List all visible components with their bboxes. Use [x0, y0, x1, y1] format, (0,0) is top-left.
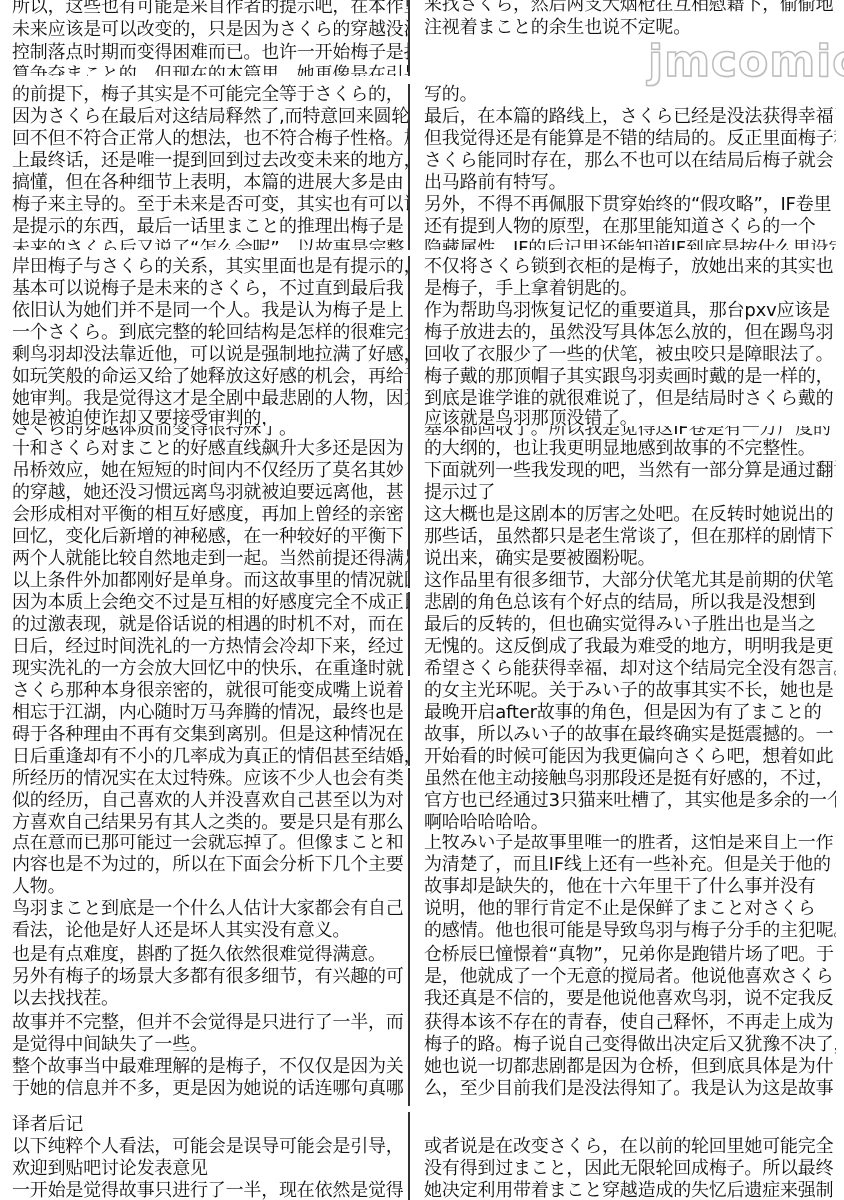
text-line: 么，至少目前我们是没法得知了。我是认为这是故事 — [424, 1078, 833, 1100]
text-line: 梅子的路。梅子说自己变得做出决定后又犹豫不决了， — [424, 1034, 836, 1056]
text-line: 另外，不得不再佩服下贯穿始终的“假攻略”，IF卷里 — [424, 194, 831, 216]
text-line: さくら能同时存在，那么不也可以在结局后梅子就会 — [424, 150, 833, 170]
text-line: 如玩笑般的命运又给了她释放这好感的机会，再给予 — [12, 366, 408, 388]
text-line: 上最终话，还是唯一提到回到过去改变未来的地方， — [12, 150, 408, 170]
text-line: 搞懂，但在各种细节上表明，本篇的进展大多是由 — [12, 172, 404, 194]
text-line: 的过激表现，就是俗话说的相遇的时机不对，而在 — [12, 614, 404, 636]
column-divider — [408, 0, 410, 76]
text-line: 现实洗礼的一方会放大回忆中的快乐，在重逢时就 — [12, 658, 404, 676]
text-line: 这大概也是这剧本的厉害之处吧。在反转时她说出的 — [424, 504, 833, 526]
text-line: 会形成相对平衡的相互好感度，再加上曾经的亲密 — [12, 504, 404, 526]
text-line: 写的。 — [424, 84, 477, 106]
text-line: 但我觉得还是有能算是不错的结局的。反正里面梅子和 — [424, 128, 836, 150]
left-column: 所以，这些也有可能是来自作者的提示吧，在本作里未来应该是可以改变的，只是因为さく… — [12, 0, 408, 76]
text-line: 她审判。我是觉得这才是全剧中最悲剧的人物，因为 — [12, 388, 408, 410]
text-line: 因为本质上会绝交不过是互相的好感度完全不成正比 — [12, 592, 408, 614]
text-line: 的大纲的，也让我更明显地感到故事的不完整性。 — [424, 438, 816, 460]
text-line: 也是有点难度，斟酌了挺久依然很难觉得满意。 — [12, 944, 386, 966]
text-strip: 也是有点难度，斟酌了挺久依然很难觉得满意。另外有梅子的场景大多都有很多细节，有兴… — [0, 944, 844, 1014]
text-strip: 因为本质上会绝交不过是互相的好感度完全不成正比的过激表现，就是俗话说的相遇的时机… — [0, 592, 844, 676]
text-line: 的感情。他也很可能是导致鸟羽与梅子分手的主犯呢。 — [424, 920, 836, 942]
column-divider — [408, 1112, 410, 1200]
text-line: 未来应该是可以改变的，只是因为さくら的穿越没法 — [12, 19, 408, 41]
text-line: 梅子戴的那顶帽子其实跟鸟羽卖画时戴的是一样的， — [424, 366, 833, 388]
right-column: 虽然在他主动接触鸟羽那段还是挺有好感的，不过，官方也已经通过3只猫来吐槽了，其实… — [424, 768, 836, 836]
text-line: 虽然在他主动接触鸟羽那段还是挺有好感的，不过， — [424, 768, 833, 790]
text-line: 仓桥辰巳憧憬着“真物”，兄弟你是跑错片场了吧。于 — [424, 944, 834, 966]
text-line: 剩鸟羽却没法靠近他，可以说是强制地拉满了好感， — [12, 344, 408, 366]
text-line: 这作品里有很多细节，大部分伏笔尤其是前期的伏笔 — [424, 570, 833, 588]
text-line: 那些话，虽然都只是老生常谈了，但在那样的剧情下 — [424, 526, 833, 548]
text-strip: 所经历的情况实在太过特殊。应该不少人也会有类似的经历，自己喜欢的人并没喜欢自己甚… — [0, 768, 844, 836]
left-column: 的前提下，梅子其实是不可能完全等于さくら的，因为さくら在最后对这结局释然了,而特… — [12, 84, 408, 170]
text-line: 的女主光环呢。关于みい子的故事其实不长，她也是 — [424, 680, 833, 702]
column-divider — [408, 84, 410, 170]
text-line: 一开始是觉得故事只进行了一半，现在依然是觉得 — [12, 1180, 404, 1200]
text-line: 作为帮助鸟羽恢复记忆的重要道具，那台pxv应该是 — [424, 300, 830, 322]
text-line: 出马路前有特写。 — [424, 172, 566, 194]
text-line: 于她的信息并不多，更是因为她说的话连哪句真哪 — [12, 1078, 404, 1100]
text-line: 说出来，确实是要被圈粉呢。 — [424, 548, 655, 570]
text-line: 无愧的。这反倒成了我最为难受的地方，明明我是更 — [424, 636, 833, 658]
text-line: 欢迎到贴吧讨论发表意见 — [12, 1158, 208, 1180]
text-line: 所经历的情况实在太过特殊。应该不少人也会有类 — [12, 768, 404, 790]
right-column: 的女主光环呢。关于みい子的故事其实不长，她也是最晚开启after故事的角色，但是… — [424, 680, 836, 766]
left-column: 也是有点难度，斟酌了挺久依然很难觉得满意。另外有梅子的场景大多都有很多细节，有兴… — [12, 944, 408, 1014]
text-line: 故事并不完整，但并不会觉得是只进行了一半，而 — [12, 1012, 404, 1034]
text-line: 回不但不符合正常人的想法，也不符合梅子性格。加 — [12, 128, 408, 150]
text-line: 日后，经过时间洗礼的一方热情会冷却下来，经过 — [12, 636, 404, 658]
left-column: 译者后记以下纯粹个人看法，可能会是误导可能会是引导，欢迎到贴吧讨论发表意见一开始… — [12, 1112, 408, 1200]
text-line: 未来的さくら后又说了“怎么会呢”，以故事是完整 — [12, 238, 404, 250]
text-line: 梅子放进去的，虽然没写具体怎么放的，但在踢鸟羽 — [424, 322, 833, 344]
right-column: 或者说是在改变さくら，在以前的轮回里她可能完全没有得到过まこと，因此无限轮回成梅… — [424, 1112, 836, 1200]
text-line: 两个人就能比较自然地走到一起。当然前提还得满足 — [12, 548, 408, 570]
text-line: 希望さくら能获得幸福，却对这个结局完全没有怨言。 — [424, 658, 836, 676]
text-line: 基本可以说梅子是未来的さくら，不过直到最后我 — [12, 278, 404, 300]
text-line: 来找さくら，然后两支大烟枪在互相慰藉下，偷偷地 — [424, 0, 833, 16]
right-column: 上牧みい子是故事里唯一的胜者，这怕是来自上一作为清楚了，而且IF线上还有一些补充… — [424, 834, 836, 944]
text-line: 开始看的时候可能因为我更偏向さくら吧，想着如此 — [424, 746, 833, 766]
text-line: 或者说是在改变さくら，在以前的轮回里她可能完全 — [424, 1136, 833, 1158]
text-line: 碍于各种理由不再有交集到离别。但是这种情况在 — [12, 724, 404, 746]
text-line: 获得本该不存在的青春，使自己释怀，不再走上成为 — [424, 1012, 833, 1034]
column-divider — [408, 680, 410, 766]
text-line: 控制落点时期而变得困难而已。也许一开始梅子是打 — [12, 42, 408, 64]
right-column: 写的。最后，在本篇的路线上，さくら已经是没法获得幸福了，但我觉得还是有能算是不错… — [424, 84, 836, 170]
left-column: さくら那种本身很亲密的，就很可能变成嘴上说着相忘于江湖，内心随时万马奔腾的情况，… — [12, 680, 408, 766]
text-line: 回收了衣服少了一些的伏笔，被虫咬只是障眼法了。 — [424, 344, 833, 366]
jmcomic-watermark: jmcomic — [648, 36, 844, 87]
text-line: 故事，所以みい子的故事在最终确实是挺震撼的。一 — [424, 724, 833, 746]
text-line: 岸田梅子与さくら的关系，其实里面也是有提示的， — [12, 256, 408, 278]
left-column: 点在意而已那可能过一会就忘掉了。但像まこと和内容也是不为过的，所以在下面会分析下… — [12, 834, 408, 944]
text-line: 最后的反转的，但也确实觉得みい子胜出也是当之 — [424, 614, 816, 636]
text-line: 是梅子，手上拿着钥匙的。 — [424, 278, 638, 300]
left-column: 所经历的情况实在太过特殊。应该不少人也会有类似的经历，自己喜欢的人并没喜欢自己甚… — [12, 768, 408, 836]
text-line: 点在意而已那可能过一会就忘掉了。但像まこと和 — [12, 834, 404, 854]
text-line: 的前提下，梅子其实是不可能完全等于さくら的， — [12, 84, 404, 106]
text-line: 因为さくら在最后对这结局释然了,而特意回来圆轮 — [12, 106, 408, 128]
text-strip: 故事并不完整，但并不会觉得是只进行了一半，而是觉得中间缺失了一些。整个故事当中最… — [0, 1012, 844, 1106]
text-line: 看法，论他是好人还是坏人其实没有意义。 — [12, 920, 350, 942]
text-strip: さくら那种本身很亲密的，就很可能变成嘴上说着相忘于江湖，内心随时万马奔腾的情况，… — [0, 680, 844, 766]
text-line: 说明，他的罪行肯定不止是保鲜了まこと对さくら — [424, 898, 816, 920]
text-line: 依旧认为她们并不是同一个人。我是认为梅子是上 — [12, 300, 404, 322]
text-line: 以下纯粹个人看法，可能会是误导可能会是引导， — [12, 1136, 404, 1158]
right-column: 不仅将さくら锁到衣柜的是梅子，放她出来的其实也是梅子，手上拿着钥匙的。作为帮助鸟… — [424, 256, 836, 426]
text-line: 她也说一切都悲剧都是因为仓桥，但到底具体是为什 — [424, 1056, 833, 1078]
text-line: 以去找找茬。 — [12, 988, 119, 1010]
text-line: 是，他就成了一个无意的搅局者。他说他喜欢さくら — [424, 966, 833, 988]
right-column: 悲剧的角色总该有个好点的结局，所以我是没想到最后的反转的，但也确实觉得みい子胜出… — [424, 592, 836, 676]
right-column: 获得本该不存在的青春，使自己释怀，不再走上成为梅子的路。梅子说自己变得做出决定后… — [424, 1012, 836, 1106]
text-line: 下面就列一些我发现的吧，当然有一部分算是通过翻译 — [424, 460, 836, 482]
text-line: 方喜欢自己结果另有其人之类的。要是只是有那么 — [12, 812, 404, 834]
text-line: 整个故事当中最难理解的是梅子，不仅仅是因为关 — [12, 1056, 404, 1078]
text-line: 人物。 — [12, 876, 65, 898]
text-line: 悲剧的角色总该有个好点的结局，所以我是没想到 — [424, 592, 816, 614]
text-line: 梅子来主导的。至于未来是否可变，其实也有可以说 — [12, 194, 408, 216]
text-line: 我还真是不信的，要是他说他喜欢鸟羽，说不定我反 — [424, 988, 833, 1010]
left-column: 岸田梅子与さくら的关系，其实里面也是有提示的，基本可以说梅子是未来的さくら，不过… — [12, 256, 408, 426]
left-column: 因为本质上会绝交不过是互相的好感度完全不成正比的过激表现，就是俗话说的相遇的时机… — [12, 592, 408, 676]
text-line: 隐藏属性，IF的后记里还能知道IF到底是按什么里设定 — [424, 238, 836, 250]
right-column: 出马路前有特写。另外，不得不再佩服下贯穿始终的“假攻略”，IF卷里还有提到人物的… — [424, 170, 836, 250]
text-line: 回忆，变化后新增的神秘感，在一种较好的平衡下 — [12, 526, 404, 548]
text-strip: 的前提下，梅子其实是不可能完全等于さくら的，因为さくら在最后对这结局释然了,而特… — [0, 84, 844, 170]
right-column: 基本都回收了。所以我是觉得这IF卷是有一万广度的的大纲的，也让我更明显地感到故事… — [424, 426, 836, 588]
column-divider — [408, 170, 410, 250]
left-column: さくら的穿越体质而变得很特殊了。十和さくら对まこと的好感直线飙升大多还是因为吊桥… — [12, 426, 408, 588]
text-line: さくら那种本身很亲密的，就很可能变成嘴上说着 — [12, 680, 404, 702]
text-line: 相忘于江湖，内心随时万马奔腾的情况，最终也是 — [12, 702, 404, 724]
text-line: 另外有梅子的场景大多都有很多细节，有兴趣的可 — [12, 966, 404, 988]
text-line: 算争夺まこと的，但现在的本篇里，她更像是在引导 — [12, 64, 408, 76]
text-line: 最后，在本篇的路线上，さくら已经是没法获得幸福了， — [424, 106, 836, 128]
text-line: 她是被迫使诈却又要接受审判的， — [12, 408, 279, 426]
left-column: 搞懂，但在各种细节上表明，本篇的进展大多是由梅子来主导的。至于未来是否可变，其实… — [12, 170, 408, 250]
text-line: 的穿越，她还没习惯远离鸟羽就被迫要远离他，甚 — [12, 482, 404, 504]
text-line: 她决定利用带着まこと穿越造成的失忆后遗症来强制 — [424, 1180, 833, 1200]
right-column: 仓桥辰巳憧憬着“真物”，兄弟你是跑错片场了吧。于是，他就成了一个无意的搅局者。他… — [424, 944, 836, 1014]
column-divider — [408, 1012, 410, 1106]
text-line: 所以，这些也有可能是来自作者的提示吧，在本作里 — [12, 0, 408, 18]
column-divider — [408, 944, 410, 1014]
text-line: 一个さくら。到底完整的轮回结构是怎样的很难完全 — [12, 322, 408, 344]
text-line: 十和さくら对まこと的好感直线飙升大多还是因为 — [12, 438, 404, 460]
text-line: 以上条件外加都刚好是单身。而这故事里的情况就因 — [12, 570, 408, 588]
text-strip: 搞懂，但在各种细节上表明，本篇的进展大多是由梅子来主导的。至于未来是否可变，其实… — [0, 170, 844, 250]
text-line: 应该就是鸟羽那顶没错了。 — [424, 408, 638, 426]
text-line: 上牧みい子是故事里唯一的胜者，这怕是来自上一作 — [424, 834, 833, 854]
text-line: 故事却是缺失的，他在十六年里干了什么事并没有 — [424, 876, 816, 898]
text-strip: さくら的穿越体质而变得很特殊了。十和さくら对まこと的好感直线飙升大多还是因为吊桥… — [0, 426, 844, 588]
text-line: 为清楚了，而且IF线上还有一些补充。但是关于他的 — [424, 854, 831, 876]
column-divider — [408, 768, 410, 836]
text-line: 提示过了 — [424, 482, 495, 504]
text-line: 日后重逢却有不小的几率成为真正的情侣甚至结婚， — [12, 746, 408, 766]
text-line: 似的经历，自己喜欢的人并没喜欢自己甚至以为对 — [12, 790, 404, 812]
column-divider — [408, 256, 410, 426]
left-column: 故事并不完整，但并不会觉得是只进行了一半，而是觉得中间缺失了一些。整个故事当中最… — [12, 1012, 408, 1106]
column-divider — [408, 426, 410, 588]
text-strip: 译者后记以下纯粹个人看法，可能会是误导可能会是引导，欢迎到贴吧讨论发表意见一开始… — [0, 1112, 844, 1200]
text-line: 译者后记 — [12, 1114, 83, 1136]
text-line: 到底是谁学谁的就很难说了，但是结局时さくら戴的 — [424, 388, 833, 410]
text-line: 是提示的东西，最后一话里まこと的推理出梅子是 — [12, 216, 404, 238]
column-divider — [408, 592, 410, 676]
text-line: 还有提到人物的原型，在那里能知道さくら的一个 — [424, 216, 816, 238]
text-line: 最晚开启after故事的角色，但是因为有了まこと的 — [424, 702, 822, 724]
text-line: 不仅将さくら锁到衣柜的是梅子，放她出来的其实也 — [424, 256, 833, 278]
text-line: 鸟羽まこと到底是一个什么人估计大家都会有自己 — [12, 898, 404, 920]
text-line: 官方也已经通过3只猫来吐槽了，其实他是多余的一个 — [424, 790, 836, 812]
text-line: 内容也是不为过的，所以在下面会分析下几个主要 — [12, 854, 404, 876]
text-line: 啊哈哈哈哈哈。 — [424, 812, 549, 834]
text-line: 没有得到过まこと，因此无限轮回成梅子。所以最终 — [424, 1158, 833, 1180]
column-divider — [408, 834, 410, 944]
text-line: 吊桥效应，她在短短的时间内不仅经历了莫名其妙 — [12, 460, 404, 482]
text-line: 是觉得中间缺失了一些。 — [12, 1034, 208, 1056]
text-strip: 点在意而已那可能过一会就忘掉了。但像まこと和内容也是不为过的，所以在下面会分析下… — [0, 834, 844, 944]
text-strip: 岸田梅子与さくら的关系，其实里面也是有提示的，基本可以说梅子是未来的さくら，不过… — [0, 256, 844, 426]
